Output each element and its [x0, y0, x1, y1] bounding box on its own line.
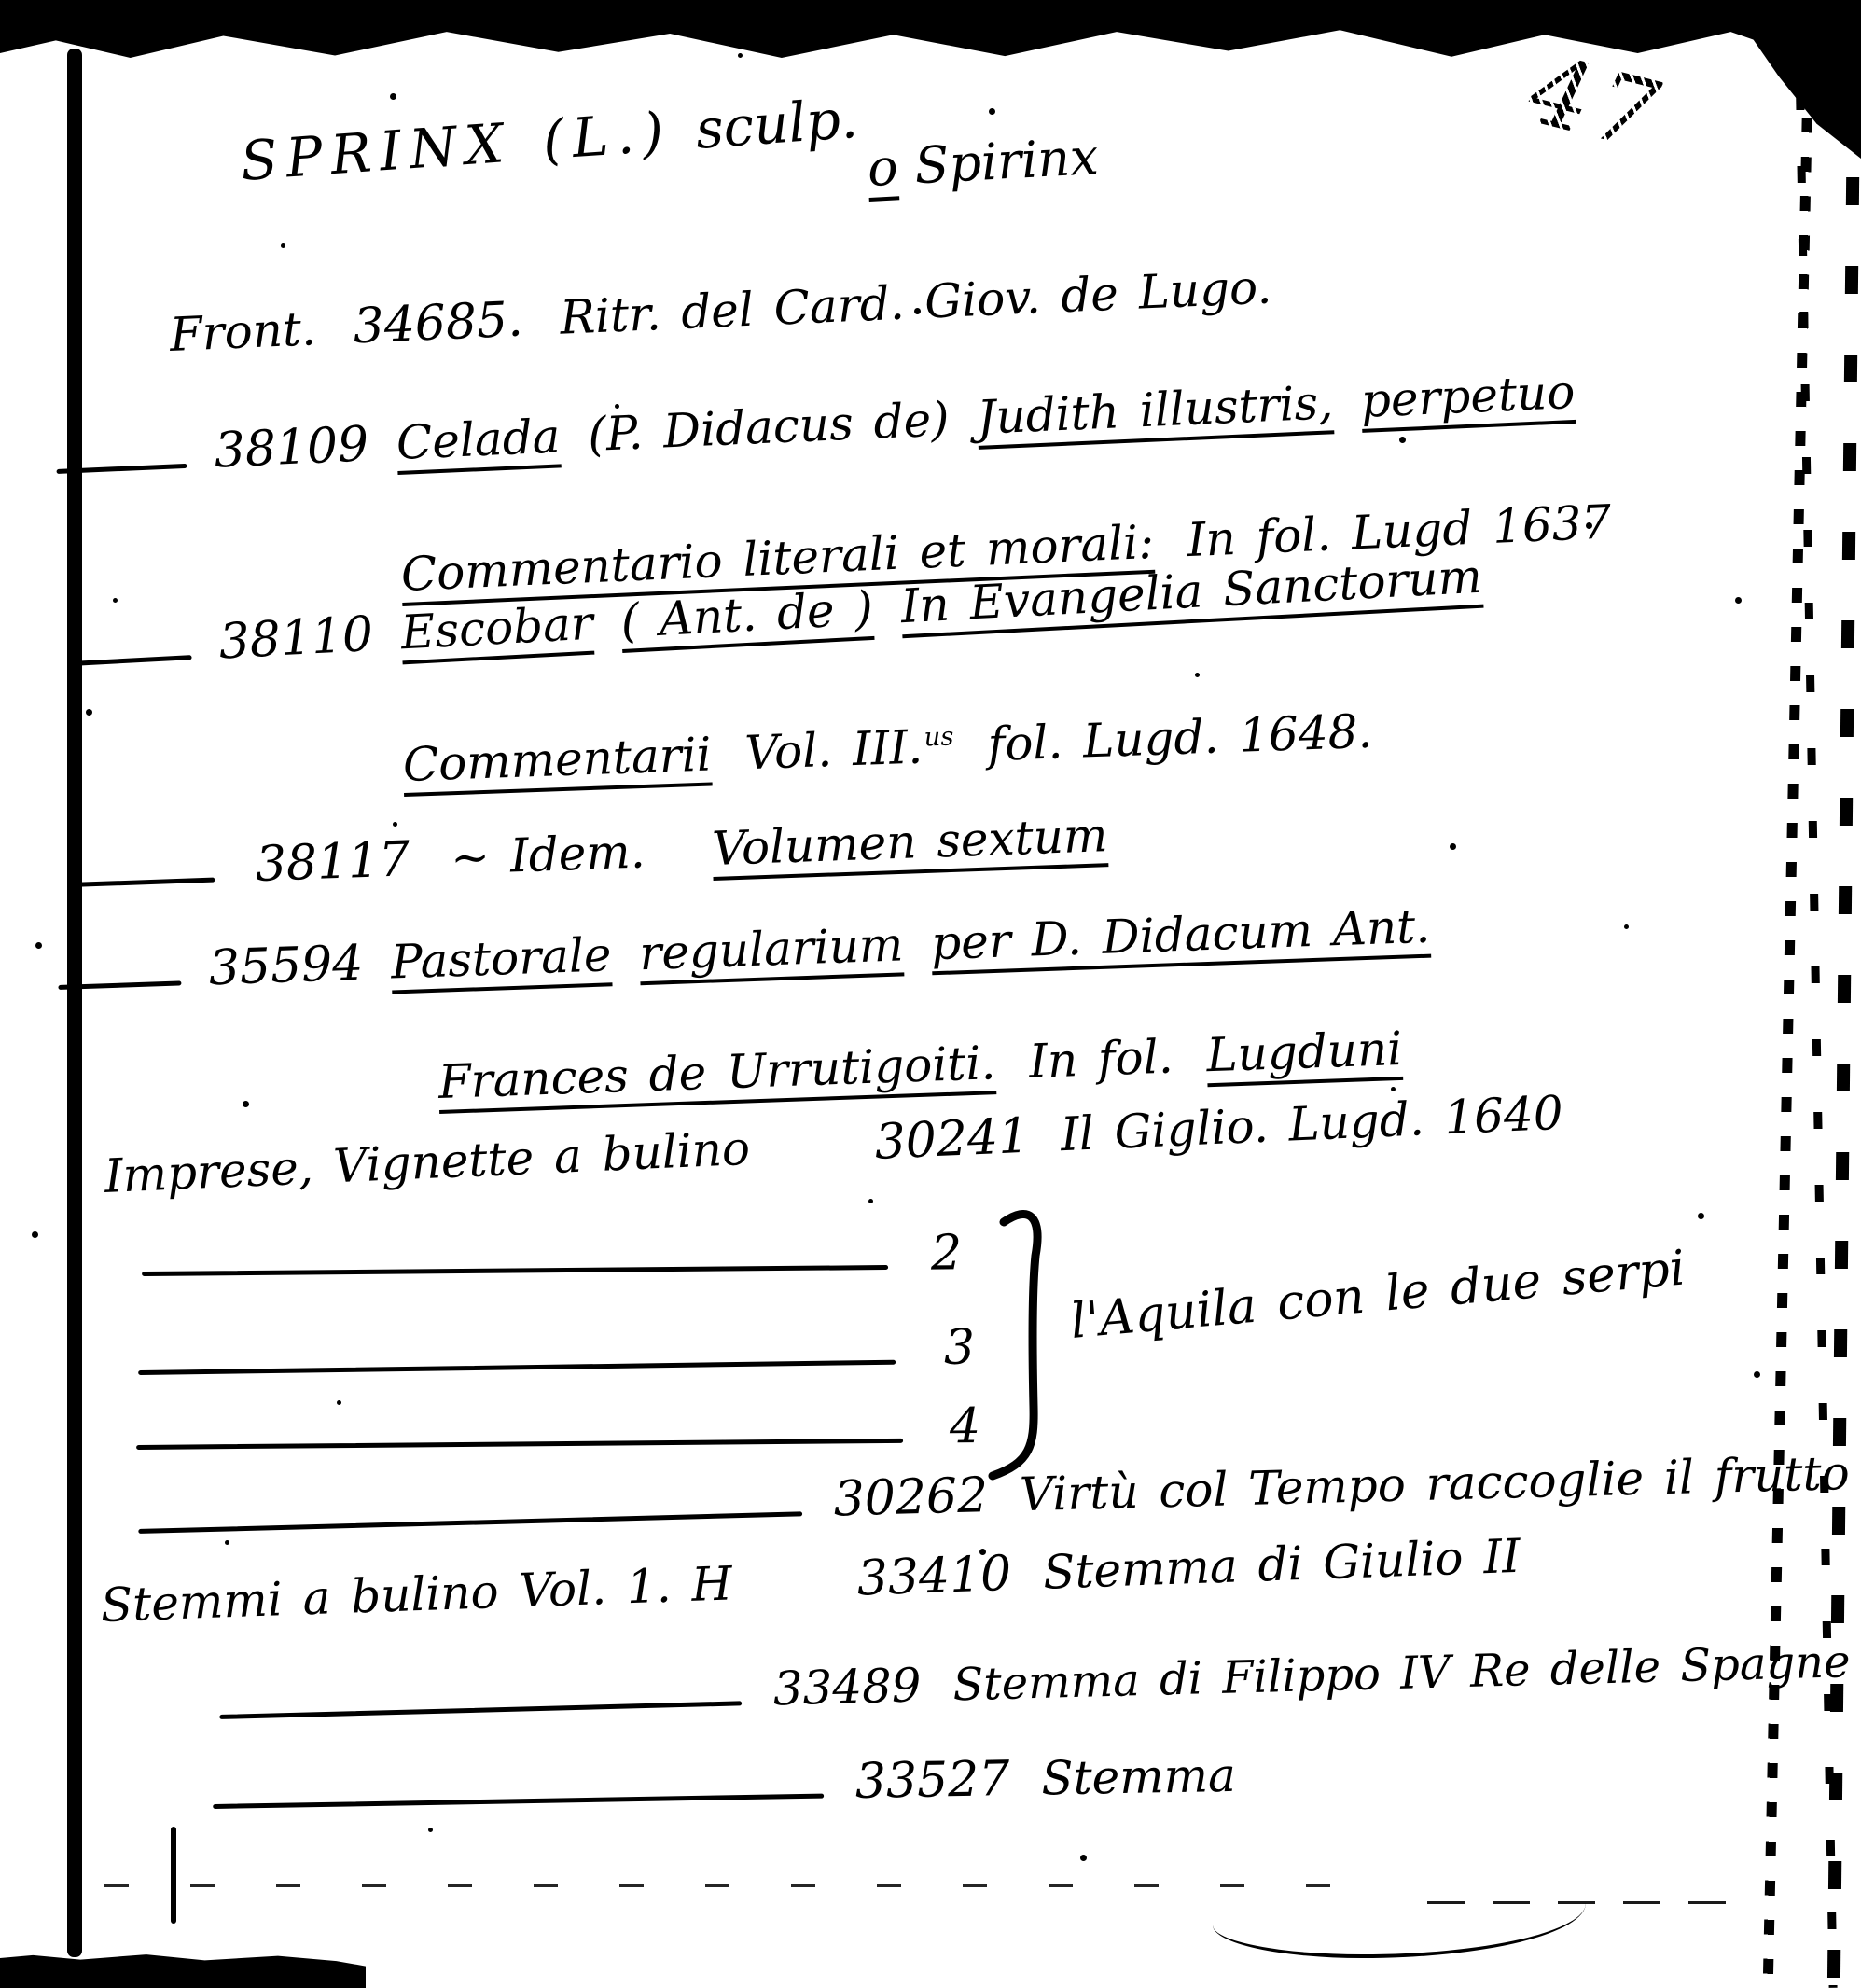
ditto-line	[213, 1794, 824, 1809]
scan-border-bottom-left	[0, 1952, 366, 1988]
vignette-row-3: 3	[138, 1320, 976, 1387]
binding-fold-line	[67, 49, 82, 1957]
idem-mark: ~ Idem.	[450, 825, 646, 885]
scan-artifact-stripe	[1827, 0, 1861, 1988]
entry-number: 30262	[833, 1468, 989, 1528]
page-number: 47	[1519, 35, 1674, 174]
vignette-row-4: 4	[136, 1399, 981, 1463]
stemmi-row-33527: 33527 Stemma	[212, 1748, 1236, 1822]
artist-term: sculp.	[694, 88, 860, 161]
entry-number: 30241	[874, 1109, 1031, 1172]
volume: Vol. III.us	[744, 719, 955, 780]
vignette-number: 2	[931, 1226, 963, 1282]
imprint: In fol.	[1028, 1031, 1174, 1090]
title-part: perpetuo	[1360, 366, 1576, 428]
vignette-number: 3	[943, 1320, 975, 1376]
title-part: regularium	[638, 918, 904, 980]
entry-number: 34685.	[352, 293, 523, 356]
title-continuation: Commentarii	[402, 728, 713, 792]
imprint: fol. Lugd. 1648.	[987, 705, 1373, 772]
stemmi-row-33489: 33489 Stemma di Filippo IV Re delle Spag…	[218, 1634, 1851, 1731]
title-continuation: Frances de Urrutigoiti.	[437, 1036, 996, 1109]
entry-text: Stemma	[1041, 1749, 1237, 1806]
entry-35594-line2: Frances de Urrutigoiti. In fol. Lugduni	[437, 1022, 1403, 1110]
imprese-section-line: Imprese, Vignette a bulino 30241 Il Gigl…	[104, 1086, 1564, 1205]
manuscript-catalog-page: 47 SPRINX (L.) sculp. o Spirinx Front. 3…	[0, 0, 1861, 1988]
entry-text: Stemma di Filippo IV Re delle Spagne	[952, 1636, 1851, 1711]
ditto-line	[219, 1701, 742, 1719]
scan-curve-mark	[1213, 1903, 1586, 1958]
crossref-name: Spirinx	[913, 128, 1100, 195]
crossref-o: o	[866, 138, 899, 198]
entry-text: Il Giglio. Lugd. 1640	[1060, 1087, 1564, 1162]
section-label: Imprese, Vignette a bulino	[104, 1122, 751, 1204]
header-line: SPRINX (L.) sculp.	[239, 88, 860, 193]
entry-38110-line2: Commentarii Vol. III.us fol. Lugd. 1648.	[402, 705, 1373, 793]
ditto-line	[58, 980, 181, 990]
ditto-line	[56, 464, 187, 474]
author-paren: (P. Didacus de)	[587, 393, 951, 462]
cross-reference: o Spirinx	[866, 128, 1100, 198]
ditto-line	[138, 1511, 802, 1534]
entry-number: 38109	[214, 417, 370, 480]
entry-number: 38117	[255, 832, 410, 894]
ditto-line	[136, 1439, 903, 1450]
section-label: Stemmi a bulino Vol. 1. H	[100, 1557, 733, 1633]
title-part: per D. Didacum Ant.	[930, 900, 1431, 971]
entry-front: Front. 34685. Ritr. del Card. Giov. de L…	[169, 259, 1273, 363]
entry-lead: Front.	[169, 302, 317, 362]
author-name: Escobar	[399, 597, 594, 660]
small-vertical-mark	[171, 1827, 176, 1924]
brace-mark	[981, 1205, 1054, 1487]
entry-text: Virtù col Tempo raccoglie il frutto	[1019, 1447, 1850, 1522]
entry-number: 38110	[217, 607, 374, 671]
artist-name: SPRINX (L.)	[239, 101, 674, 193]
entry-38117: 38117 ~ Idem. Volumen sextum	[69, 808, 1108, 900]
ditto-line	[142, 1265, 888, 1276]
entry-35594-line1: 35594 Pastorale regularium per D. Didacu…	[57, 899, 1431, 1003]
entry-text: Stemma di Giulio II	[1042, 1530, 1521, 1600]
scan-crease-line	[104, 1884, 1373, 1887]
ditto-line	[138, 1360, 896, 1375]
volume-superscript: us	[924, 722, 954, 753]
entry-text: Ritr. del Card. Giov. de Lugo.	[559, 260, 1272, 345]
vignette-group-label: l'Aquila con le due serpi	[1068, 1242, 1687, 1351]
group-label-text: l'Aquila con le due serpi	[1068, 1242, 1687, 1351]
title: Volumen sextum	[711, 809, 1108, 876]
author-paren: ( Ant. de )	[619, 582, 874, 649]
vignette-number: 4	[950, 1399, 981, 1455]
imprint-place: Lugduni	[1205, 1022, 1403, 1083]
title-part: Pastorale	[390, 928, 612, 990]
ditto-line	[70, 878, 215, 887]
entry-number: 33527	[854, 1752, 1009, 1811]
vignette-row-2: 2	[142, 1226, 963, 1288]
entry-38109-line1: 38109 Celada (P. Didacus de) Judith illu…	[55, 365, 1576, 487]
ditto-line	[71, 655, 192, 666]
entry-number: 35594	[208, 937, 364, 998]
stemmi-section-line: Stemmi a bulino Vol. 1. H 33410 Stemma d…	[100, 1529, 1521, 1634]
scan-noise-dots	[0, 0, 3, 3]
title-part: Judith illustris,	[976, 376, 1334, 445]
entry-number: 33489	[772, 1659, 922, 1717]
entry-number: 33410	[856, 1547, 1012, 1608]
author-name: Celada	[396, 410, 562, 470]
